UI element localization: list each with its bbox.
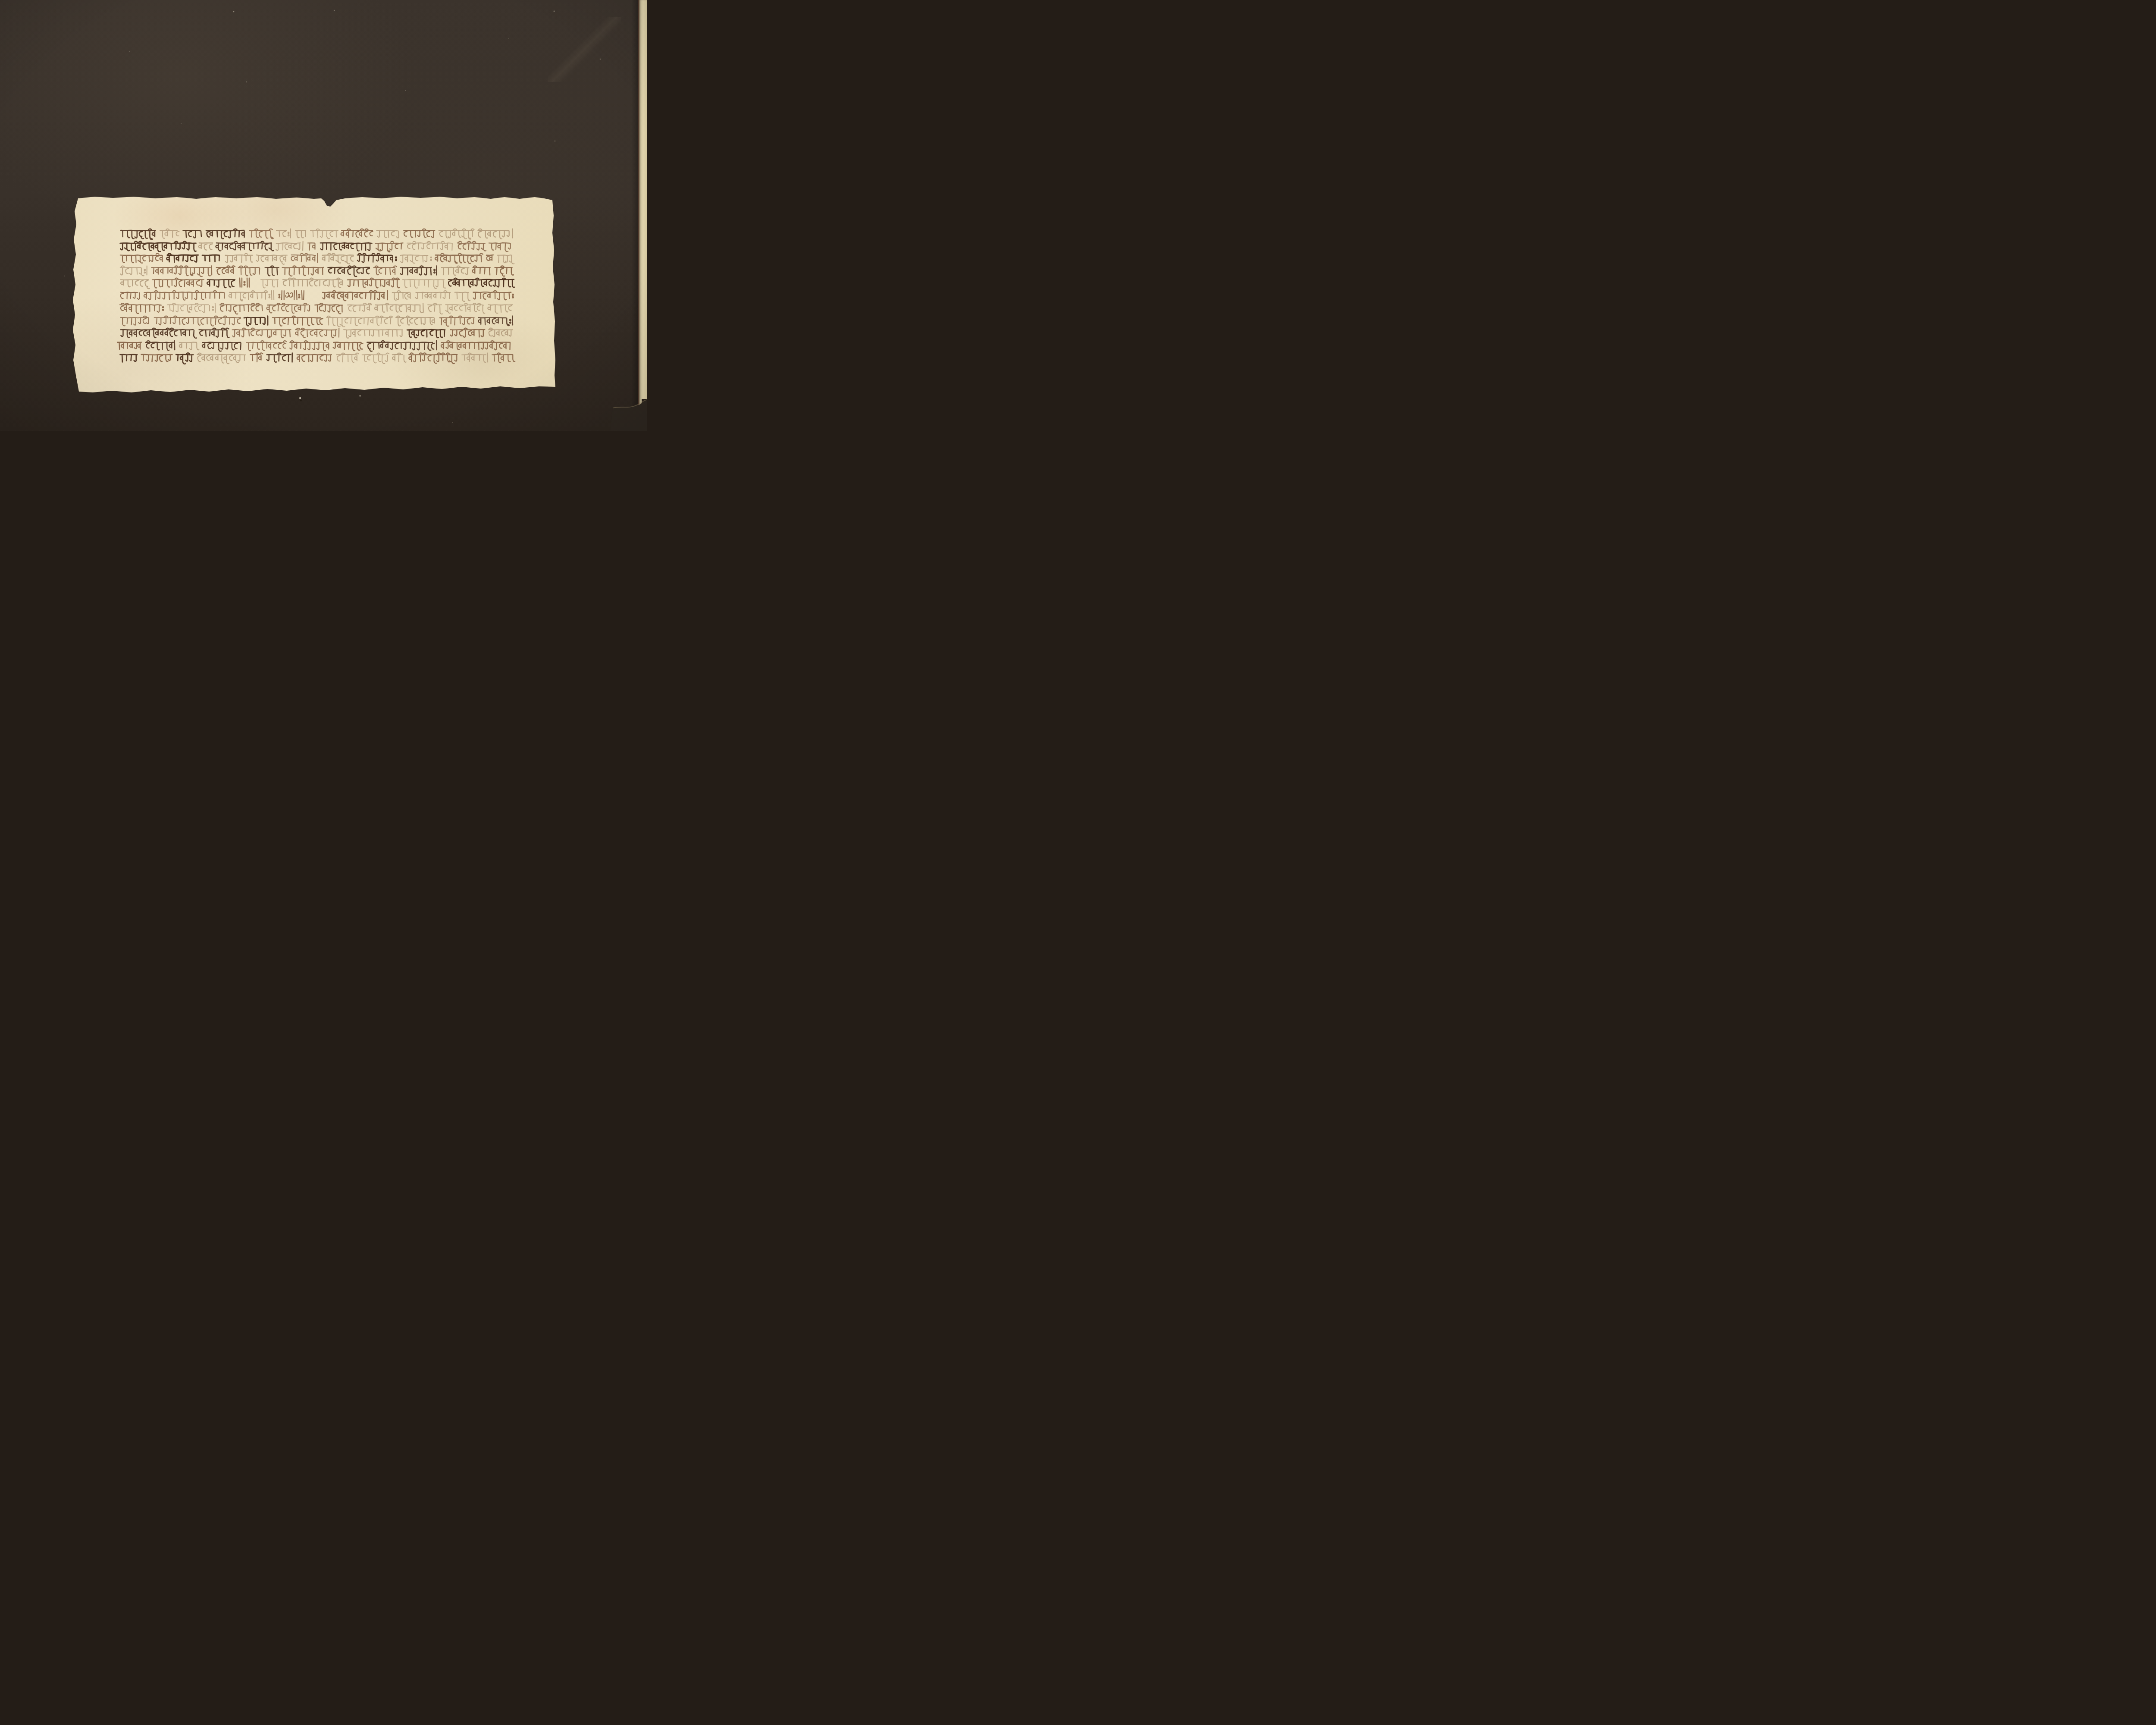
photograph-of-manuscript: কর্ম্মণা মনসা বাচা ভূতদ্রোহং করোতি যঃ। ত… — [0, 0, 647, 431]
photo-vignette — [0, 0, 647, 431]
